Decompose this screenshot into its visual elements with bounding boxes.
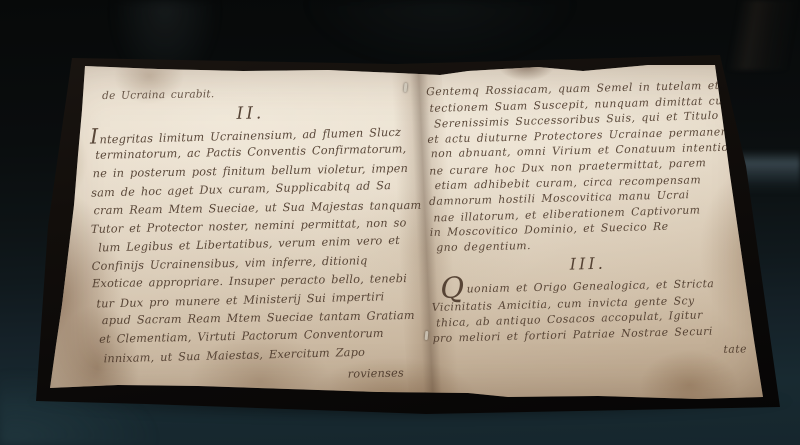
manuscript-spread: de Ucraina curabit. II. Integritas limit…: [38, 55, 778, 410]
initial-letter: I: [90, 124, 99, 148]
text-line-rest: uoniam et Origo Genealogica, et Stricta: [466, 277, 714, 295]
section-mark-iii: III.: [569, 249, 748, 280]
left-page: de Ucraina curabit. II. Integritas limit…: [88, 84, 406, 391]
glass-reflection-streak: [300, 0, 580, 70]
museum-display-photo: de Ucraina curabit. II. Integritas limit…: [0, 0, 800, 445]
right-page: Gentemq Rossiacam, quam Semel in tutelam…: [426, 78, 749, 366]
